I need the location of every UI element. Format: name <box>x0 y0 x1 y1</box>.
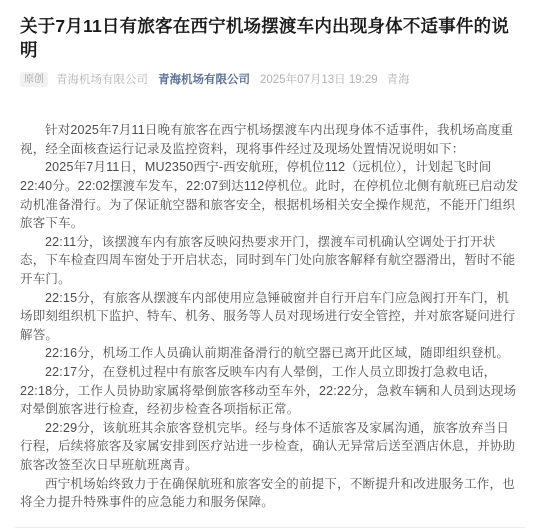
article-title: 关于7月11日有旅客在西宁机场摆渡车内出现身体不适事件的说明 <box>20 14 520 62</box>
article-paragraph: 22:11分，该摆渡车内有旅客反映闷热要求开门，摆渡车司机确认空调处于打开状态，… <box>20 233 520 289</box>
article-paragraph: 22:16分，机场工作人员确认前期准备滑行的航空器已离开此区域，随即组织登机。 <box>20 344 520 363</box>
article-paragraph: 22:15分，有旅客从摆渡车内部使用应急锤破窗并自行开启车门应急阀打开车门，机场… <box>20 289 520 345</box>
article-paragraph: 22:29分，该航班其余旅客登机完毕。经与身体不适旅客及家属沟通，旅客放弃当日行… <box>20 419 520 475</box>
bottom-divider <box>15 527 525 528</box>
article-meta: 原创 青海机场有限公司 青海机场有限公司 2025年07月13日 19:29 青… <box>20 72 520 87</box>
article-body: 针对2025年7月11日晚有旅客在西宁机场摆渡车内出现身体不适事件，我机场高度重… <box>20 121 520 511</box>
publish-time: 2025年07月13日 19:29 <box>260 73 378 87</box>
article-paragraph: 22:17分，在登机过程中有旅客反映车内有人晕倒，工作人员立即拨打急救电话，22… <box>20 363 520 419</box>
article-page: 关于7月11日有旅客在西宁机场摆渡车内出现身体不适事件的说明 原创 青海机场有限… <box>0 0 540 528</box>
article-paragraph: 2025年7月11日，MU2350西宁-西安航班，停机位112（远机位），计划起… <box>20 158 520 232</box>
account-link[interactable]: 青海机场有限公司 <box>158 73 250 87</box>
article-paragraph: 西宁机场始终致力于在确保航班和旅客安全的前提下，不断提升和改进服务工作，也将全力… <box>20 475 520 512</box>
publish-location: 青海 <box>387 73 410 87</box>
original-tag: 原创 <box>20 72 48 87</box>
article-paragraph: 针对2025年7月11日晚有旅客在西宁机场摆渡车内出现身体不适事件，我机场高度重… <box>20 121 520 158</box>
author-name: 青海机场有限公司 <box>56 73 148 87</box>
